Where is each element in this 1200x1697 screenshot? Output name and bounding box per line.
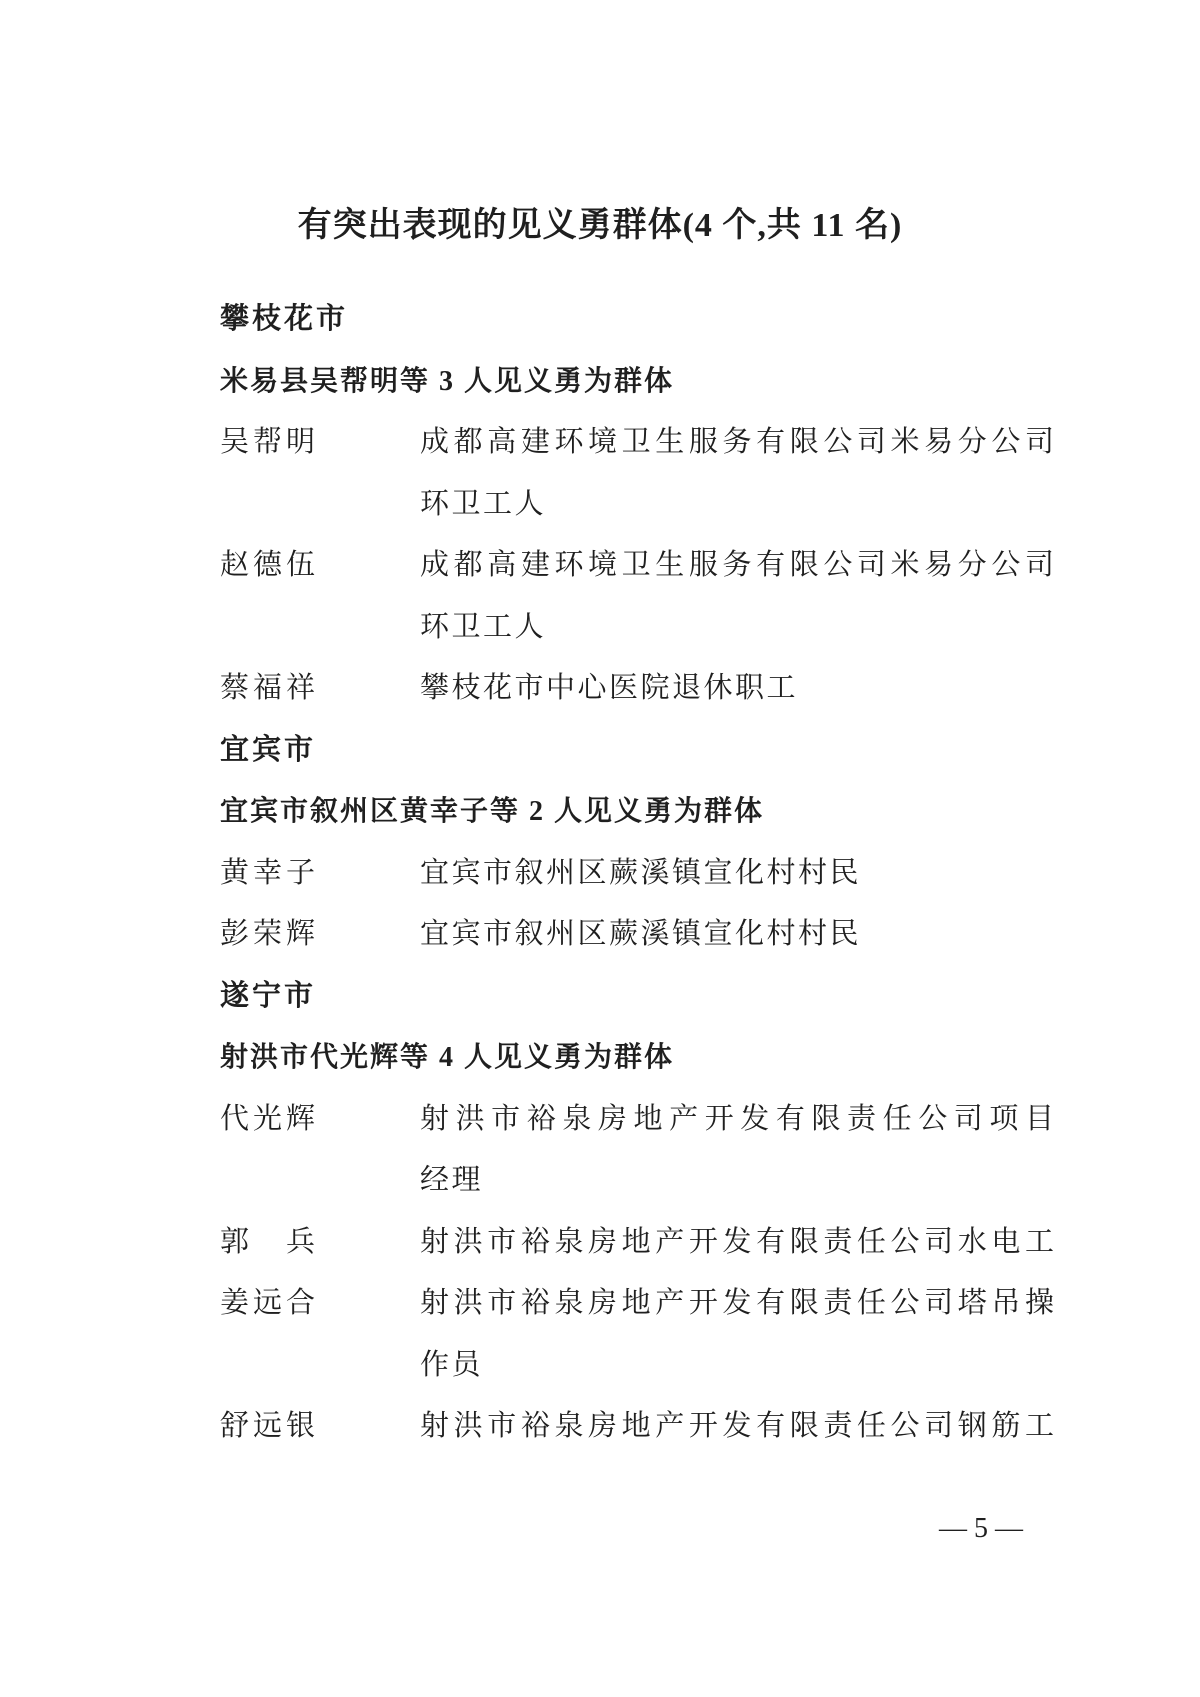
page-title: 有突出表现的见义勇群体(4 个,共 11 名) — [0, 196, 1200, 256]
member-name: 姜远合 — [220, 1273, 315, 1335]
member-row: 彭荣辉 宜宾市叙州区蕨溪镇宣化村村民 — [220, 904, 1060, 966]
award-list: 攀枝花市 米易县吴帮明等 3 人见义勇为群体 吴帮明 成都高建环境卫生服务有限公… — [220, 289, 1060, 1458]
member-description: 射洪市裕泉房地产开发有限责任公司塔吊操 作员 — [420, 1273, 1060, 1396]
page-number: — 5 — — [928, 1506, 1034, 1552]
description-line: 射洪市裕泉房地产开发有限责任公司项目 — [420, 1089, 1054, 1151]
member-row: 吴帮明 成都高建环境卫生服务有限公司米易分公司 环卫工人 — [220, 412, 1060, 535]
section-suining: 遂宁市 射洪市代光辉等 4 人见义勇为群体 代光辉 射洪市裕泉房地产开发有限责任… — [220, 966, 1060, 1458]
member-description: 射洪市裕泉房地产开发有限责任公司项目 经理 — [420, 1089, 1060, 1212]
member-name: 吴帮明 — [220, 412, 315, 474]
city-heading: 攀枝花市 — [220, 289, 1060, 351]
member-row: 赵德伍 成都高建环境卫生服务有限公司米易分公司 环卫工人 — [220, 535, 1060, 658]
member-name: 郭兵 — [220, 1212, 315, 1274]
description-line: 宜宾市叙州区蕨溪镇宣化村村民 — [420, 904, 1060, 966]
member-description: 宜宾市叙州区蕨溪镇宣化村村民 — [420, 843, 1060, 905]
member-description: 成都高建环境卫生服务有限公司米易分公司 环卫工人 — [420, 535, 1060, 658]
member-row: 蔡福祥 攀枝花市中心医院退休职工 — [220, 658, 1060, 720]
member-name: 蔡福祥 — [220, 658, 315, 720]
member-description: 成都高建环境卫生服务有限公司米易分公司 环卫工人 — [420, 412, 1060, 535]
member-description: 攀枝花市中心医院退休职工 — [420, 658, 1060, 720]
description-line: 环卫工人 — [420, 597, 1060, 659]
member-name: 赵德伍 — [220, 535, 315, 597]
description-line: 成都高建环境卫生服务有限公司米易分公司 — [420, 412, 1054, 474]
description-line: 射洪市裕泉房地产开发有限责任公司钢筋工 — [420, 1396, 1054, 1458]
description-line: 攀枝花市中心医院退休职工 — [420, 658, 1060, 720]
description-line: 环卫工人 — [420, 474, 1060, 536]
group-heading: 米易县吴帮明等 3 人见义勇为群体 — [220, 351, 1060, 413]
section-panzhihua: 攀枝花市 米易县吴帮明等 3 人见义勇为群体 吴帮明 成都高建环境卫生服务有限公… — [220, 289, 1060, 720]
member-row: 黄幸子 宜宾市叙州区蕨溪镇宣化村村民 — [220, 843, 1060, 905]
description-line: 射洪市裕泉房地产开发有限责任公司塔吊操 — [420, 1273, 1054, 1335]
description-line: 射洪市裕泉房地产开发有限责任公司水电工 — [420, 1212, 1054, 1274]
member-name: 代光辉 — [220, 1089, 315, 1151]
description-line: 经理 — [420, 1150, 1060, 1212]
city-heading: 宜宾市 — [220, 720, 1060, 782]
member-row: 姜远合 射洪市裕泉房地产开发有限责任公司塔吊操 作员 — [220, 1273, 1060, 1396]
group-heading: 宜宾市叙州区黄幸子等 2 人见义勇为群体 — [220, 781, 1060, 843]
member-description: 射洪市裕泉房地产开发有限责任公司水电工 — [420, 1212, 1060, 1274]
member-name: 彭荣辉 — [220, 904, 315, 966]
section-yibin: 宜宾市 宜宾市叙州区黄幸子等 2 人见义勇为群体 黄幸子 宜宾市叙州区蕨溪镇宣化… — [220, 720, 1060, 966]
member-description: 宜宾市叙州区蕨溪镇宣化村村民 — [420, 904, 1060, 966]
member-name: 舒远银 — [220, 1396, 315, 1458]
group-heading: 射洪市代光辉等 4 人见义勇为群体 — [220, 1027, 1060, 1089]
member-row: 舒远银 射洪市裕泉房地产开发有限责任公司钢筋工 — [220, 1396, 1060, 1458]
member-description: 射洪市裕泉房地产开发有限责任公司钢筋工 — [420, 1396, 1060, 1458]
description-line: 成都高建环境卫生服务有限公司米易分公司 — [420, 535, 1054, 597]
member-row: 郭兵 射洪市裕泉房地产开发有限责任公司水电工 — [220, 1212, 1060, 1274]
member-row: 代光辉 射洪市裕泉房地产开发有限责任公司项目 经理 — [220, 1089, 1060, 1212]
member-name: 黄幸子 — [220, 843, 315, 905]
description-line: 作员 — [420, 1335, 1060, 1397]
city-heading: 遂宁市 — [220, 966, 1060, 1028]
document-page: 有突出表现的见义勇群体(4 个,共 11 名) 攀枝花市 米易县吴帮明等 3 人… — [0, 0, 1200, 1697]
description-line: 宜宾市叙州区蕨溪镇宣化村村民 — [420, 843, 1060, 905]
